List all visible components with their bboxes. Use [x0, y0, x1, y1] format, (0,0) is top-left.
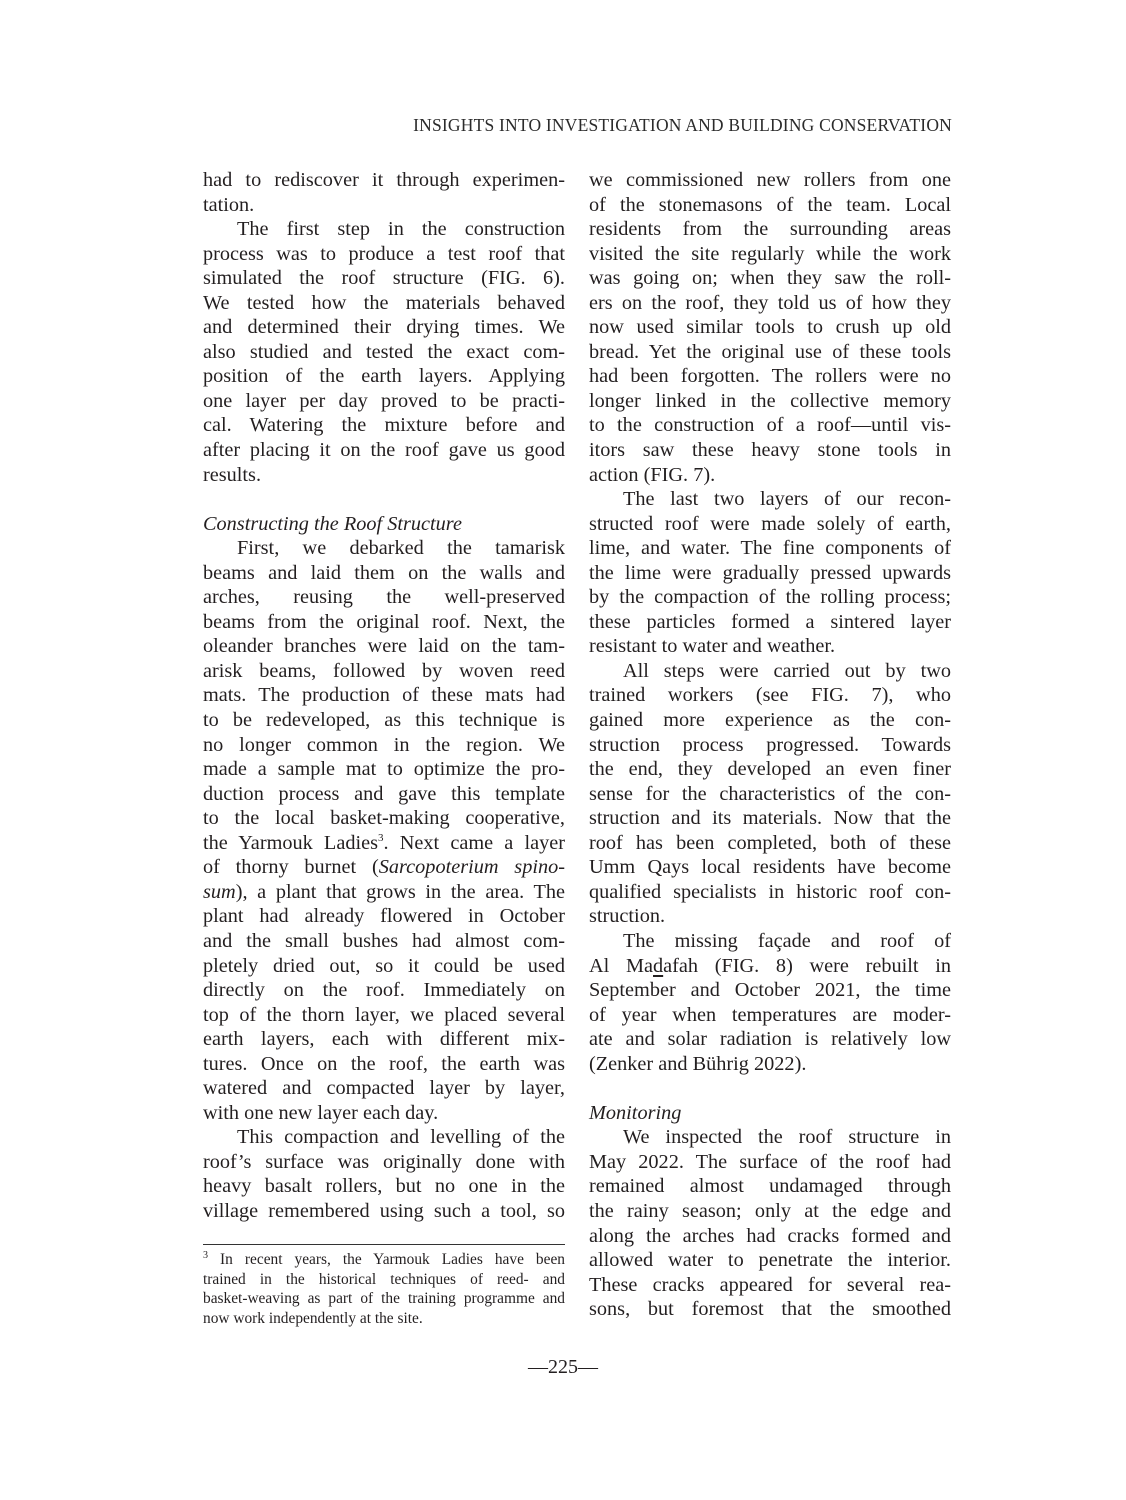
text-line: sum), a plant that grows in the area. Th…: [203, 880, 565, 905]
text-line: simulated the roof structure (FIG. 6).: [203, 266, 565, 291]
text-line: directly on the roof. Immediately on: [203, 978, 565, 1003]
text-line: Al Madafah (FIG. 8) were rebuilt in: [589, 954, 951, 979]
species-name: sum: [203, 881, 236, 903]
text-line: and the small bushes had almost com-: [203, 929, 565, 954]
text-line: top of the thorn layer, we placed severa…: [203, 1003, 565, 1028]
text-line: All steps were carried out by two: [589, 659, 951, 684]
text-line: lime, and water. The fine components of: [589, 536, 951, 561]
footnote: 3 In recent years, the Yarmouk Ladies ha…: [203, 1250, 565, 1328]
text-line: was going on; when they saw the roll-: [589, 266, 951, 291]
text-line: tures. Once on the roof, the earth was: [203, 1052, 565, 1077]
text-line: after placing it on the roof gave us goo…: [203, 438, 565, 463]
text-line: of the stonemasons of the team. Local: [589, 193, 951, 218]
paragraph: The missing façade and roof of Al Madafa…: [589, 929, 951, 1076]
text-line: beams and laid them on the walls and: [203, 561, 565, 586]
text-line: the end, they developed an even finer: [589, 757, 951, 782]
text-line: by the compaction of the rolling process…: [589, 585, 951, 610]
paragraph-gap: [589, 1076, 951, 1101]
paragraph: we commissioned new rollers from one of …: [589, 168, 951, 487]
text-line: trained workers (see FIG. 7), who: [589, 683, 951, 708]
text-line: arisk beams, followed by woven reed: [203, 659, 565, 684]
text-line: residents from the surrounding areas: [589, 217, 951, 242]
paragraph: All steps were carried out by two traine…: [589, 659, 951, 929]
page-number: —225—: [0, 1356, 1126, 1379]
right-column: we commissioned new rollers from one of …: [589, 168, 951, 1322]
text-line: the Yarmouk Ladies3. Next came a layer: [203, 831, 565, 856]
footnote-line: basket-weaving as part of the training p…: [203, 1289, 565, 1309]
footnote-line: 3 In recent years, the Yarmouk Ladies ha…: [203, 1250, 565, 1270]
text-line: sense for the characteristics of the con…: [589, 782, 951, 807]
paragraph: The first step in the construction proce…: [203, 217, 565, 487]
text-line: had to rediscover it through experimen-: [203, 168, 565, 193]
text-line: also studied and tested the exact com-: [203, 340, 565, 365]
paragraph: This compaction and levelling of the roo…: [203, 1125, 565, 1223]
left-column: had to rediscover it through experimen- …: [203, 168, 565, 1224]
text-line: May 2022. The surface of the roof had: [589, 1150, 951, 1175]
text-run: In recent years, the Yarmouk Ladies have…: [220, 1251, 565, 1268]
species-name: Sarcopoterium spino-: [379, 856, 565, 878]
paragraph: The last two layers of our recon- struct…: [589, 487, 951, 659]
text-line: cal. Watering the mixture before and: [203, 413, 565, 438]
text-line: struction process progressed. Towards: [589, 733, 951, 758]
section-heading: Constructing the Roof Structure: [203, 512, 565, 537]
text-line: visited the site regularly while the wor…: [589, 242, 951, 267]
text-line: with one new layer each day.: [203, 1101, 565, 1126]
text-line: earth layers, each with different mix-: [203, 1027, 565, 1052]
text-line: village remembered using such a tool, so: [203, 1199, 565, 1224]
text-line: resistant to water and weather.: [589, 634, 951, 659]
text-line: itors saw these heavy stone tools in: [589, 438, 951, 463]
text-line: sons, but foremost that the smoothed: [589, 1297, 951, 1322]
text-line: plant had already flowered in October: [203, 904, 565, 929]
text-line: tation.: [203, 193, 565, 218]
text-line: bread. Yet the original use of these too…: [589, 340, 951, 365]
text-line: no longer common in the region. We: [203, 733, 565, 758]
section-heading: Monitoring: [589, 1101, 951, 1126]
running-head: INSIGHTS INTO INVESTIGATION AND BUILDING…: [413, 115, 952, 136]
text-line: of thorny burnet (Sarcopoterium spino-: [203, 855, 565, 880]
text-line: qualified specialists in historic roof c…: [589, 880, 951, 905]
text-line: to the construction of a roof—until vis-: [589, 413, 951, 438]
text-line: now used similar tools to crush up old: [589, 315, 951, 340]
text-line: We inspected the roof structure in: [589, 1125, 951, 1150]
text-line: action (FIG. 7).: [589, 463, 951, 488]
text-line: Umm Qays local residents have become: [589, 855, 951, 880]
text-line: struction.: [589, 904, 951, 929]
text-line: duction process and gave this template: [203, 782, 565, 807]
text-line: to the local basket-making cooperative,: [203, 806, 565, 831]
text-line: ers on the roof, they told us of how the…: [589, 291, 951, 316]
text-run: afah (FIG. 8) were rebuilt in: [663, 955, 951, 977]
text-line: we commissioned new rollers from one: [589, 168, 951, 193]
paragraph-gap: [203, 487, 565, 512]
text-line: had been forgotten. The rollers were no: [589, 364, 951, 389]
text-line: We tested how the materials behaved: [203, 291, 565, 316]
text-line: The first step in the construction: [203, 217, 565, 242]
text-line: watered and compacted layer by layer,: [203, 1076, 565, 1101]
text-line: position of the earth layers. Applying: [203, 364, 565, 389]
text-line: arches, reusing the well-preserved: [203, 585, 565, 610]
text-line: of year when temperatures are moder-: [589, 1003, 951, 1028]
text-line: made a sample mat to optimize the pro-: [203, 757, 565, 782]
text-line: the rainy season; only at the edge and: [589, 1199, 951, 1224]
text-line: September and October 2021, the time: [589, 978, 951, 1003]
text-run: of thorny burnet (: [203, 856, 379, 878]
footnote-line: now work independently at the site.: [203, 1309, 565, 1329]
text-run: Al Ma: [589, 955, 653, 977]
text-line: pletely dried out, so it could be used: [203, 954, 565, 979]
text-line: beams from the original roof. Next, the: [203, 610, 565, 635]
text-line: oleander branches were laid on the tam-: [203, 634, 565, 659]
text-run: the Yarmouk Ladies: [203, 832, 378, 854]
text-line: one layer per day proved to be practi-: [203, 389, 565, 414]
text-line: roof has been completed, both of these: [589, 831, 951, 856]
text-line: roof’s surface was originally done with: [203, 1150, 565, 1175]
text-line: (Zenker and Bührig 2022).: [589, 1052, 951, 1077]
text-line: ate and solar radiation is relatively lo…: [589, 1027, 951, 1052]
footnote-number: 3: [203, 1250, 208, 1261]
text-line: these particles formed a sintered layer: [589, 610, 951, 635]
text-run: . Next came a layer: [384, 832, 566, 854]
paragraph: First, we debarked the tamarisk beams an…: [203, 536, 565, 1125]
text-line: structed roof were made solely of earth,: [589, 512, 951, 537]
text-line: allowed water to penetrate the interior.: [589, 1248, 951, 1273]
paragraph: had to rediscover it through experimen- …: [203, 168, 565, 217]
text-line: heavy basalt rollers, but no one in the: [203, 1174, 565, 1199]
text-line: remained almost undamaged through: [589, 1174, 951, 1199]
text-line: This compaction and levelling of the: [203, 1125, 565, 1150]
transliteration-mark: d: [653, 955, 663, 977]
text-line: process was to produce a test roof that: [203, 242, 565, 267]
text-line: First, we debarked the tamarisk: [203, 536, 565, 561]
footnote-divider: [203, 1244, 565, 1245]
text-line: The missing façade and roof of: [589, 929, 951, 954]
text-line: gained more experience as the con-: [589, 708, 951, 733]
text-line: The last two layers of our recon-: [589, 487, 951, 512]
paragraph: We inspected the roof structure in May 2…: [589, 1125, 951, 1321]
text-line: to be redeveloped, as this technique is: [203, 708, 565, 733]
text-line: struction and its materials. Now that th…: [589, 806, 951, 831]
text-line: longer linked in the collective memory: [589, 389, 951, 414]
footnote-line: trained in the historical techniques of …: [203, 1270, 565, 1290]
text-line: along the arches had cracks formed and: [589, 1224, 951, 1249]
text-line: the lime were gradually pressed upwards: [589, 561, 951, 586]
text-line: and determined their drying times. We: [203, 315, 565, 340]
text-line: These cracks appeared for several rea-: [589, 1273, 951, 1298]
text-line: mats. The production of these mats had: [203, 683, 565, 708]
text-run: ), a plant that grows in the area. The: [236, 881, 565, 903]
text-line: results.: [203, 463, 565, 488]
